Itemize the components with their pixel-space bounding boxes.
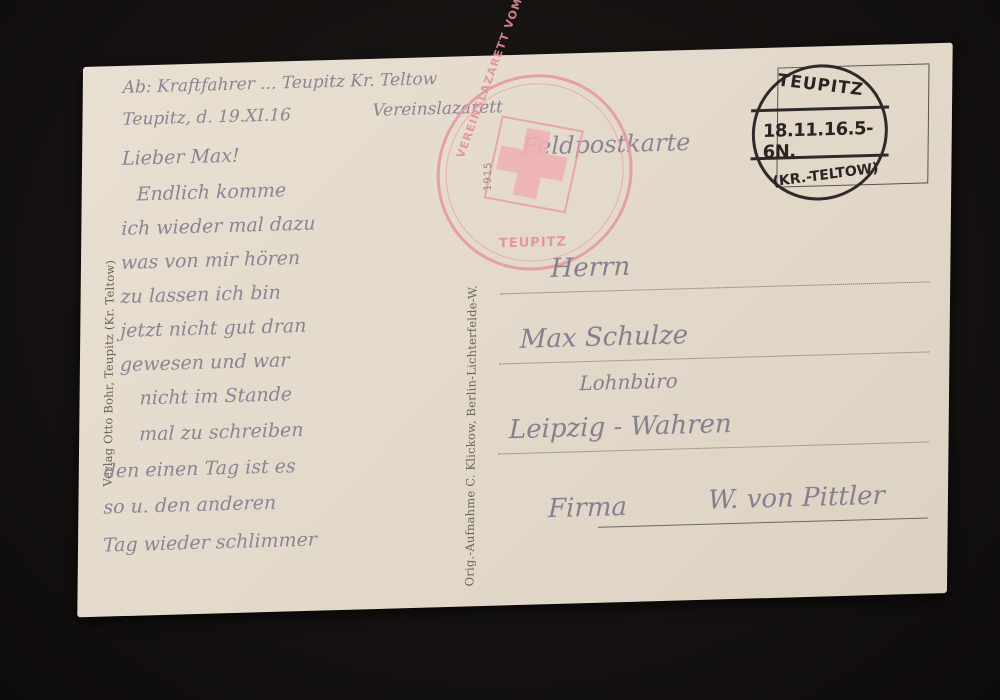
message-line: Tag wieder schlimmer: [103, 529, 317, 557]
stamp-year: 1915: [483, 161, 494, 191]
date-line: Teupitz, d. 19.XI.16: [122, 105, 291, 130]
photo-scene: Verlag Otto Bohr, Teupitz (Kr. Teltow) O…: [0, 0, 1000, 700]
postmark-district: (KR.-TELTOW): [772, 160, 879, 190]
message-line: Endlich komme: [137, 179, 287, 205]
address-city: Leipzig - Wahren: [509, 409, 732, 445]
message-line: zu lassen ich bin: [120, 282, 280, 308]
address-department: Lohnbüro: [579, 368, 678, 395]
postmark-band: [751, 105, 889, 112]
message-line: so u. den anderen: [103, 492, 276, 519]
postmark-town: TEUPITZ: [776, 71, 865, 101]
message-line: was von mir hören: [121, 247, 300, 274]
photographer-imprint: Orig.-Aufnahme C. Klickow, Berlin-Lichte…: [462, 285, 479, 587]
postmark-date: 18.11.16.5-6N.: [763, 118, 885, 163]
message-line: den einen Tag ist es: [104, 455, 296, 482]
message-line: ich wieder mal dazu: [121, 213, 315, 240]
address-name: Max Schulze: [520, 320, 689, 355]
red-cross-icon: [513, 128, 551, 199]
message-line: nicht im Stande: [139, 383, 292, 409]
postcard: Verlag Otto Bohr, Teupitz (Kr. Teltow) O…: [77, 43, 952, 618]
address-line-4: [598, 518, 928, 528]
stamp-frame: [484, 115, 584, 213]
red-cross-icon-bar: [496, 146, 568, 182]
message-line: gewesen und war: [120, 349, 290, 376]
stamp-bottom-text: TEUPITZ: [499, 235, 567, 252]
publisher-imprint: Verlag Otto Bohr, Teupitz (Kr. Teltow): [101, 260, 117, 487]
sender-line: Ab: Kraftfahrer ... Teupitz Kr. Teltow: [123, 69, 438, 98]
stamp-top-text: VEREINSLAZARETT VOM ROTEN KREUZ: [454, 0, 562, 160]
greeting: Lieber Max!: [122, 145, 240, 170]
address-firm-prefix: Firma: [548, 492, 627, 524]
address-firm: W. von Pittler: [708, 481, 885, 516]
message-line: jetzt nicht gut dran: [120, 315, 306, 342]
message-line: mal zu schreiben: [139, 419, 304, 446]
address-salutation: Herrn: [550, 252, 630, 284]
